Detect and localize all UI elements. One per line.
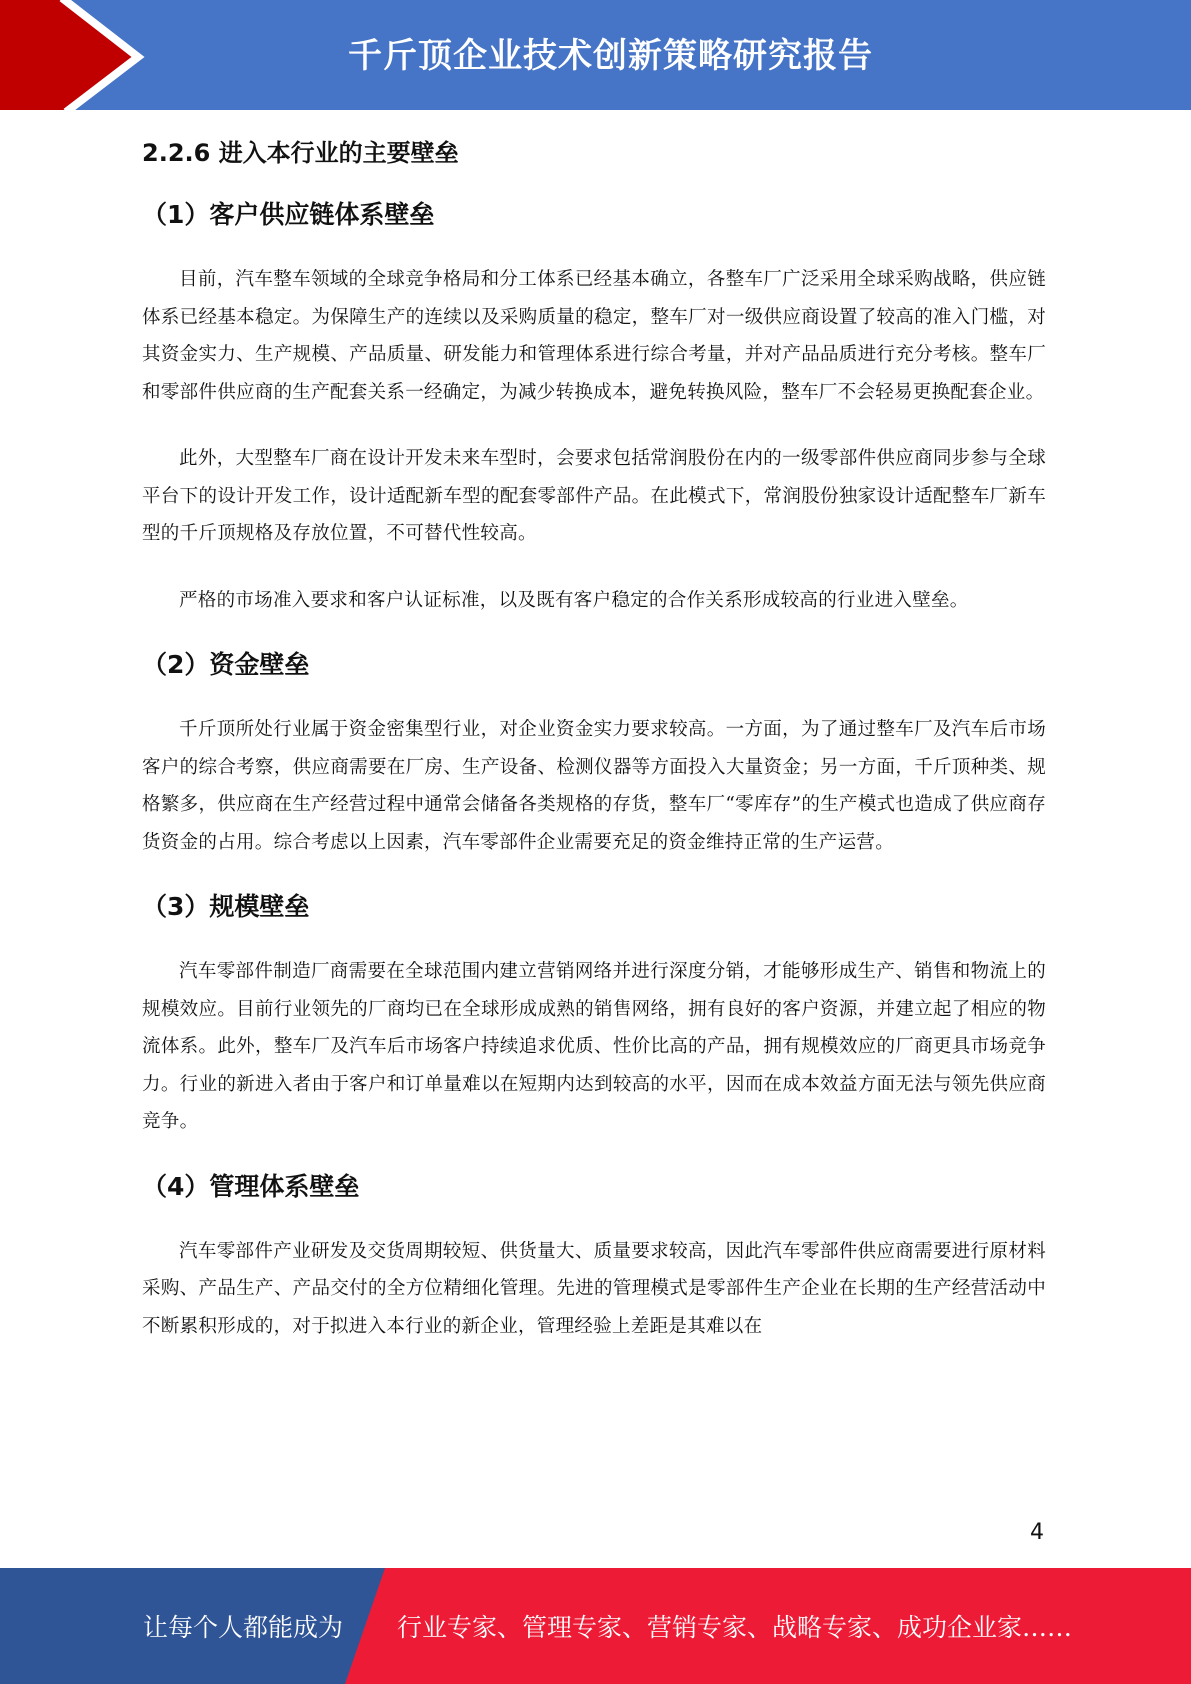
footer-slogan-left: 让每个人都能成为	[143, 1608, 343, 1644]
paragraph: 千斤顶所处行业属于资金密集型行业，对企业资金实力要求较高。一方面，为了通过整车厂…	[142, 711, 1046, 861]
subsection-heading-scale: （3）规模壁垒	[142, 887, 1046, 927]
page-number: 4	[1030, 1520, 1044, 1545]
subsection-heading-capital: （2）资金壁垒	[142, 645, 1046, 685]
page-header: 千斤顶企业技术创新策略研究报告	[0, 0, 1191, 110]
paragraph: 汽车零部件产业研发及交货周期较短、供货量大、质量要求较高，因此汽车零部件供应商需…	[142, 1233, 1046, 1346]
report-title: 千斤顶企业技术创新策略研究报告	[0, 28, 1191, 77]
paragraph: 此外，大型整车厂商在设计开发未来车型时，会要求包括常润股份在内的一级零部件供应商…	[142, 440, 1046, 553]
section-heading: 2.2.6 进入本行业的主要壁垒	[142, 133, 1046, 173]
footer-slogan-right: 行业专家、管理专家、营销专家、战略专家、成功企业家……	[397, 1608, 1072, 1644]
page-content: 2.2.6 进入本行业的主要壁垒 （1）客户供应链体系壁垒 目前，汽车整车领域的…	[142, 120, 1046, 1345]
subsection-heading-customer-supply-chain: （1）客户供应链体系壁垒	[142, 195, 1046, 235]
paragraph: 严格的市场准入要求和客户认证标准，以及既有客户稳定的合作关系形成较高的行业进入壁…	[142, 582, 1046, 620]
page-footer: 让每个人都能成为 行业专家、管理专家、营销专家、战略专家、成功企业家……	[0, 1568, 1191, 1684]
paragraph: 汽车零部件制造厂商需要在全球范围内建立营销网络并进行深度分销，才能够形成生产、销…	[142, 953, 1046, 1141]
subsection-heading-management: （4）管理体系壁垒	[142, 1167, 1046, 1207]
paragraph: 目前，汽车整车领域的全球竞争格局和分工体系已经基本确立，各整车厂广泛采用全球采购…	[142, 261, 1046, 411]
